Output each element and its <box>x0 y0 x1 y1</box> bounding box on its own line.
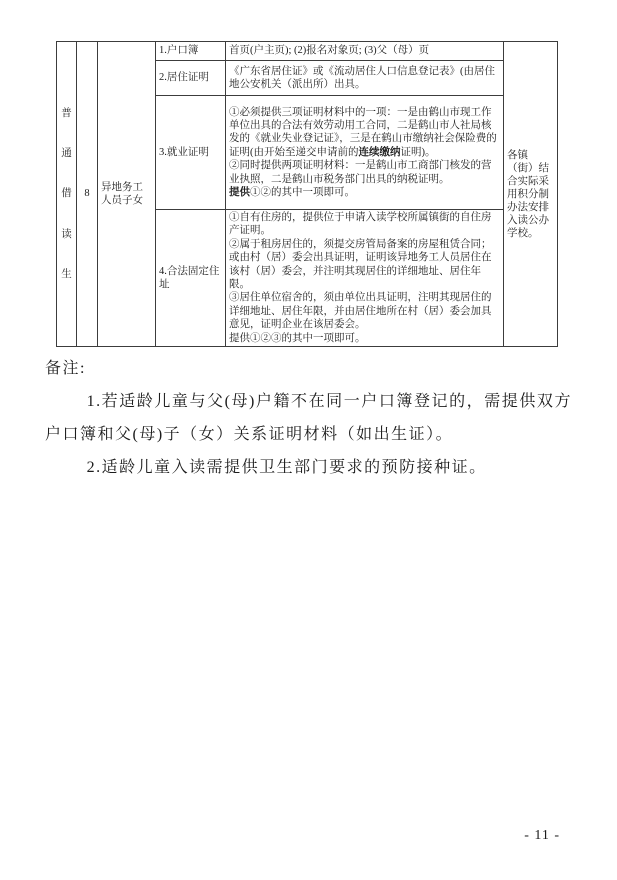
student-category-cell: 普 通 借 读 生 <box>57 42 77 347</box>
student-category-vertical-text: 普 通 借 读 生 <box>60 45 73 344</box>
category-char: 通 <box>61 147 72 160</box>
category-char: 读 <box>61 228 72 241</box>
remarks-title: 备注: <box>45 352 572 385</box>
enrollment-requirements-table-wrap: 普 通 借 读 生 8 异地务工人员子女 1.户口簿 首页(户主页); (2)报… <box>56 41 558 347</box>
item-label-hukou: 1.户口簿 <box>156 42 226 61</box>
item-label-text: 1.户口簿 <box>159 45 198 56</box>
item-label-text: 2.居住证明 <box>159 72 209 83</box>
item-label-text: 4.合法固定住址 <box>159 266 219 290</box>
requirement-segment: ①②的其中一项即可。 <box>250 187 355 198</box>
item-label-residence-proof: 2.居住证明 <box>156 61 226 96</box>
policy-side-note-cell: 各镇（街）结合实际采用积分制办法安排入读公办学校。 <box>504 42 558 347</box>
requirement-text: ①必须提供三项证明材料中的一项：一是由鹤山市现工作单位出具的合法有效劳动用工合同… <box>229 106 500 200</box>
requirement-segment-bold: 提供 <box>229 187 250 198</box>
enrollment-requirements-table: 普 通 借 读 生 8 异地务工人员子女 1.户口簿 首页(户主页); (2)报… <box>56 41 558 347</box>
category-char: 生 <box>61 268 72 281</box>
category-char: 借 <box>61 187 72 200</box>
requirement-fixed-address: ①自有住房的，提供位于申请入读学校所属镇街的自住房产证明。 ②属于租房居住的，须… <box>226 210 504 347</box>
row-number: 8 <box>84 188 89 199</box>
requirement-segment-bold: 连续缴纳 <box>359 147 401 158</box>
requirement-employment-proof: ①必须提供三项证明材料中的一项：一是由鹤山市现工作单位出具的合法有效劳动用工合同… <box>226 96 504 210</box>
applicant-type-label: 异地务工人员子女 <box>101 182 143 206</box>
page-number: - 11 - <box>524 828 560 844</box>
row-number-cell: 8 <box>77 42 98 347</box>
remark-item-1: 1.若适龄儿童与父(母)户籍不在同一户口簿登记的，需提供双方户口簿和父(母)子（… <box>45 385 572 451</box>
applicant-type-cell: 异地务工人员子女 <box>98 42 156 347</box>
requirement-text: ①自有住房的，提供位于申请入读学校所属镇街的自住房产证明。 ②属于租房居住的，须… <box>229 211 500 345</box>
requirement-residence-proof: 《广东省居住证》或《流动居住人口信息登记表》(由居住地公安机关（派出所）出具。 <box>226 61 504 96</box>
requirement-hukou: 首页(户主页); (2)报名对象页; (3)父（母）页 <box>226 42 504 61</box>
remark-item-2: 2.适龄儿童入读需提供卫生部门要求的预防接种证。 <box>45 451 572 484</box>
item-label-fixed-address: 4.合法固定住址 <box>156 210 226 347</box>
item-label-employment-proof: 3.就业证明 <box>156 96 226 210</box>
item-label-text: 3.就业证明 <box>159 147 209 158</box>
policy-side-note-text: 各镇（街）结合实际采用积分制办法安排入读公办学校。 <box>507 150 549 239</box>
remarks-section: 备注: 1.若适龄儿童与父(母)户籍不在同一户口簿登记的，需提供双方户口簿和父(… <box>45 352 572 484</box>
requirement-text: 首页(户主页); (2)报名对象页; (3)父（母）页 <box>229 45 429 56</box>
category-char: 普 <box>61 107 72 120</box>
requirement-text: 《广东省居住证》或《流动居住人口信息登记表》(由居住地公安机关（派出所）出具。 <box>229 66 495 90</box>
